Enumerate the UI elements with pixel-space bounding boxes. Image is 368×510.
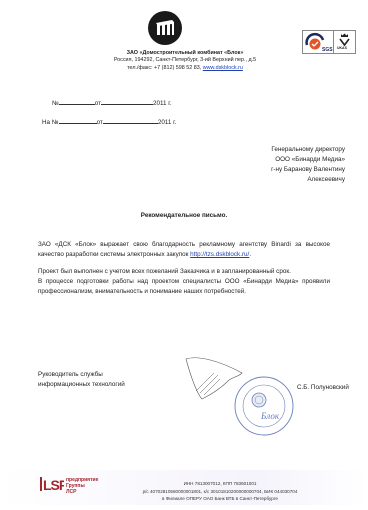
number-label: №	[52, 100, 59, 107]
bank-details: ИНН 7813007012, КПП 783601001 р/с 407028…	[120, 480, 320, 503]
svg-text:Блок: Блок	[260, 411, 280, 421]
number-field	[59, 117, 97, 124]
svg-text:UKAS: UKAS	[337, 46, 348, 50]
ukas-crown-tick-icon: UKAS	[334, 31, 355, 53]
position-line: Руководитель службы	[38, 370, 125, 380]
letterhead: ЗАО «Домостроительный комбинат «Блок» Ро…	[60, 50, 310, 72]
paragraph-gratitude: ЗАО «ДСК «Блок» выражает свою благодарно…	[38, 240, 330, 260]
tax-ids: ИНН 7813007012, КПП 783601001	[120, 480, 320, 488]
website-link[interactable]: www.dskblock.ru	[203, 65, 243, 71]
lsr-caption-line: ЛСР	[66, 489, 98, 495]
signatory-name: С.Б. Полуновский	[297, 384, 349, 391]
lsr-logo-icon: LSR	[40, 476, 64, 492]
paragraph-project: Проект был выполнен с учетом всех пожела…	[38, 267, 330, 277]
paragraph-team: В процессе подготовки работы над проекто…	[38, 277, 330, 297]
lsr-logo: LSR	[40, 476, 64, 497]
company-contacts: тел./факс: +7 (812) 598 52 83, www.dskbl…	[60, 65, 310, 72]
position-line: информационных технологий	[38, 380, 125, 390]
date-field	[103, 117, 158, 124]
signatory-position: Руководитель службы информационных техно…	[38, 370, 125, 390]
ukas-cert-logo: UKAS	[334, 31, 355, 53]
paragraph-text: ЗАО «ДСК «Блок» выражает свою благодарно…	[38, 241, 330, 258]
number-label: На №	[42, 119, 59, 126]
incoming-number-line: На №от2011 г.	[42, 117, 176, 126]
year-label: 2011 г.	[158, 119, 177, 126]
addressee-line: ООО «Бинарди Медиа»	[250, 155, 345, 165]
addressee-line: Генеральному директору	[250, 145, 345, 155]
sgs-cert-logo: SGS	[303, 31, 334, 53]
addressee-line: Алексеевичу	[250, 175, 345, 185]
building-blocks-icon	[148, 11, 182, 45]
company-address: Россия, 194292, Санкт-Петербург, 3-ий Ве…	[60, 57, 310, 64]
certification-logos: SGS UKAS	[302, 30, 356, 54]
lsr-caption: предприятие Группы ЛСР	[66, 477, 98, 495]
paragraph-text: .	[249, 251, 251, 258]
addressee-block: Генеральному директору ООО «Бинарди Меди…	[250, 145, 345, 185]
year-label: 2011 г.	[153, 100, 172, 107]
letter-title: Рекомендательное письмо.	[0, 212, 368, 219]
svg-text:LSR: LSR	[43, 477, 64, 492]
bank-branch: в Филиале ОПЕРУ ОАО Банк ВТБ в Санкт-Пет…	[120, 495, 320, 503]
bank-accounts: р/с 40702810580000001801, к/с 3010181020…	[120, 488, 320, 496]
addressee-line: г-ну Баранову Валентину	[250, 165, 345, 175]
outgoing-number-line: №от2011 г.	[52, 98, 172, 107]
number-field	[59, 98, 95, 105]
date-field	[101, 98, 153, 105]
sgs-icon: SGS	[303, 31, 333, 53]
company-logo	[148, 11, 182, 45]
svg-text:SGS: SGS	[322, 47, 333, 53]
procurement-system-link[interactable]: http://tzs.dskblock.ru/	[190, 251, 249, 258]
phone: тел./факс: +7 (812) 598 52 83,	[127, 65, 203, 71]
company-stamp: Блок	[233, 375, 295, 437]
